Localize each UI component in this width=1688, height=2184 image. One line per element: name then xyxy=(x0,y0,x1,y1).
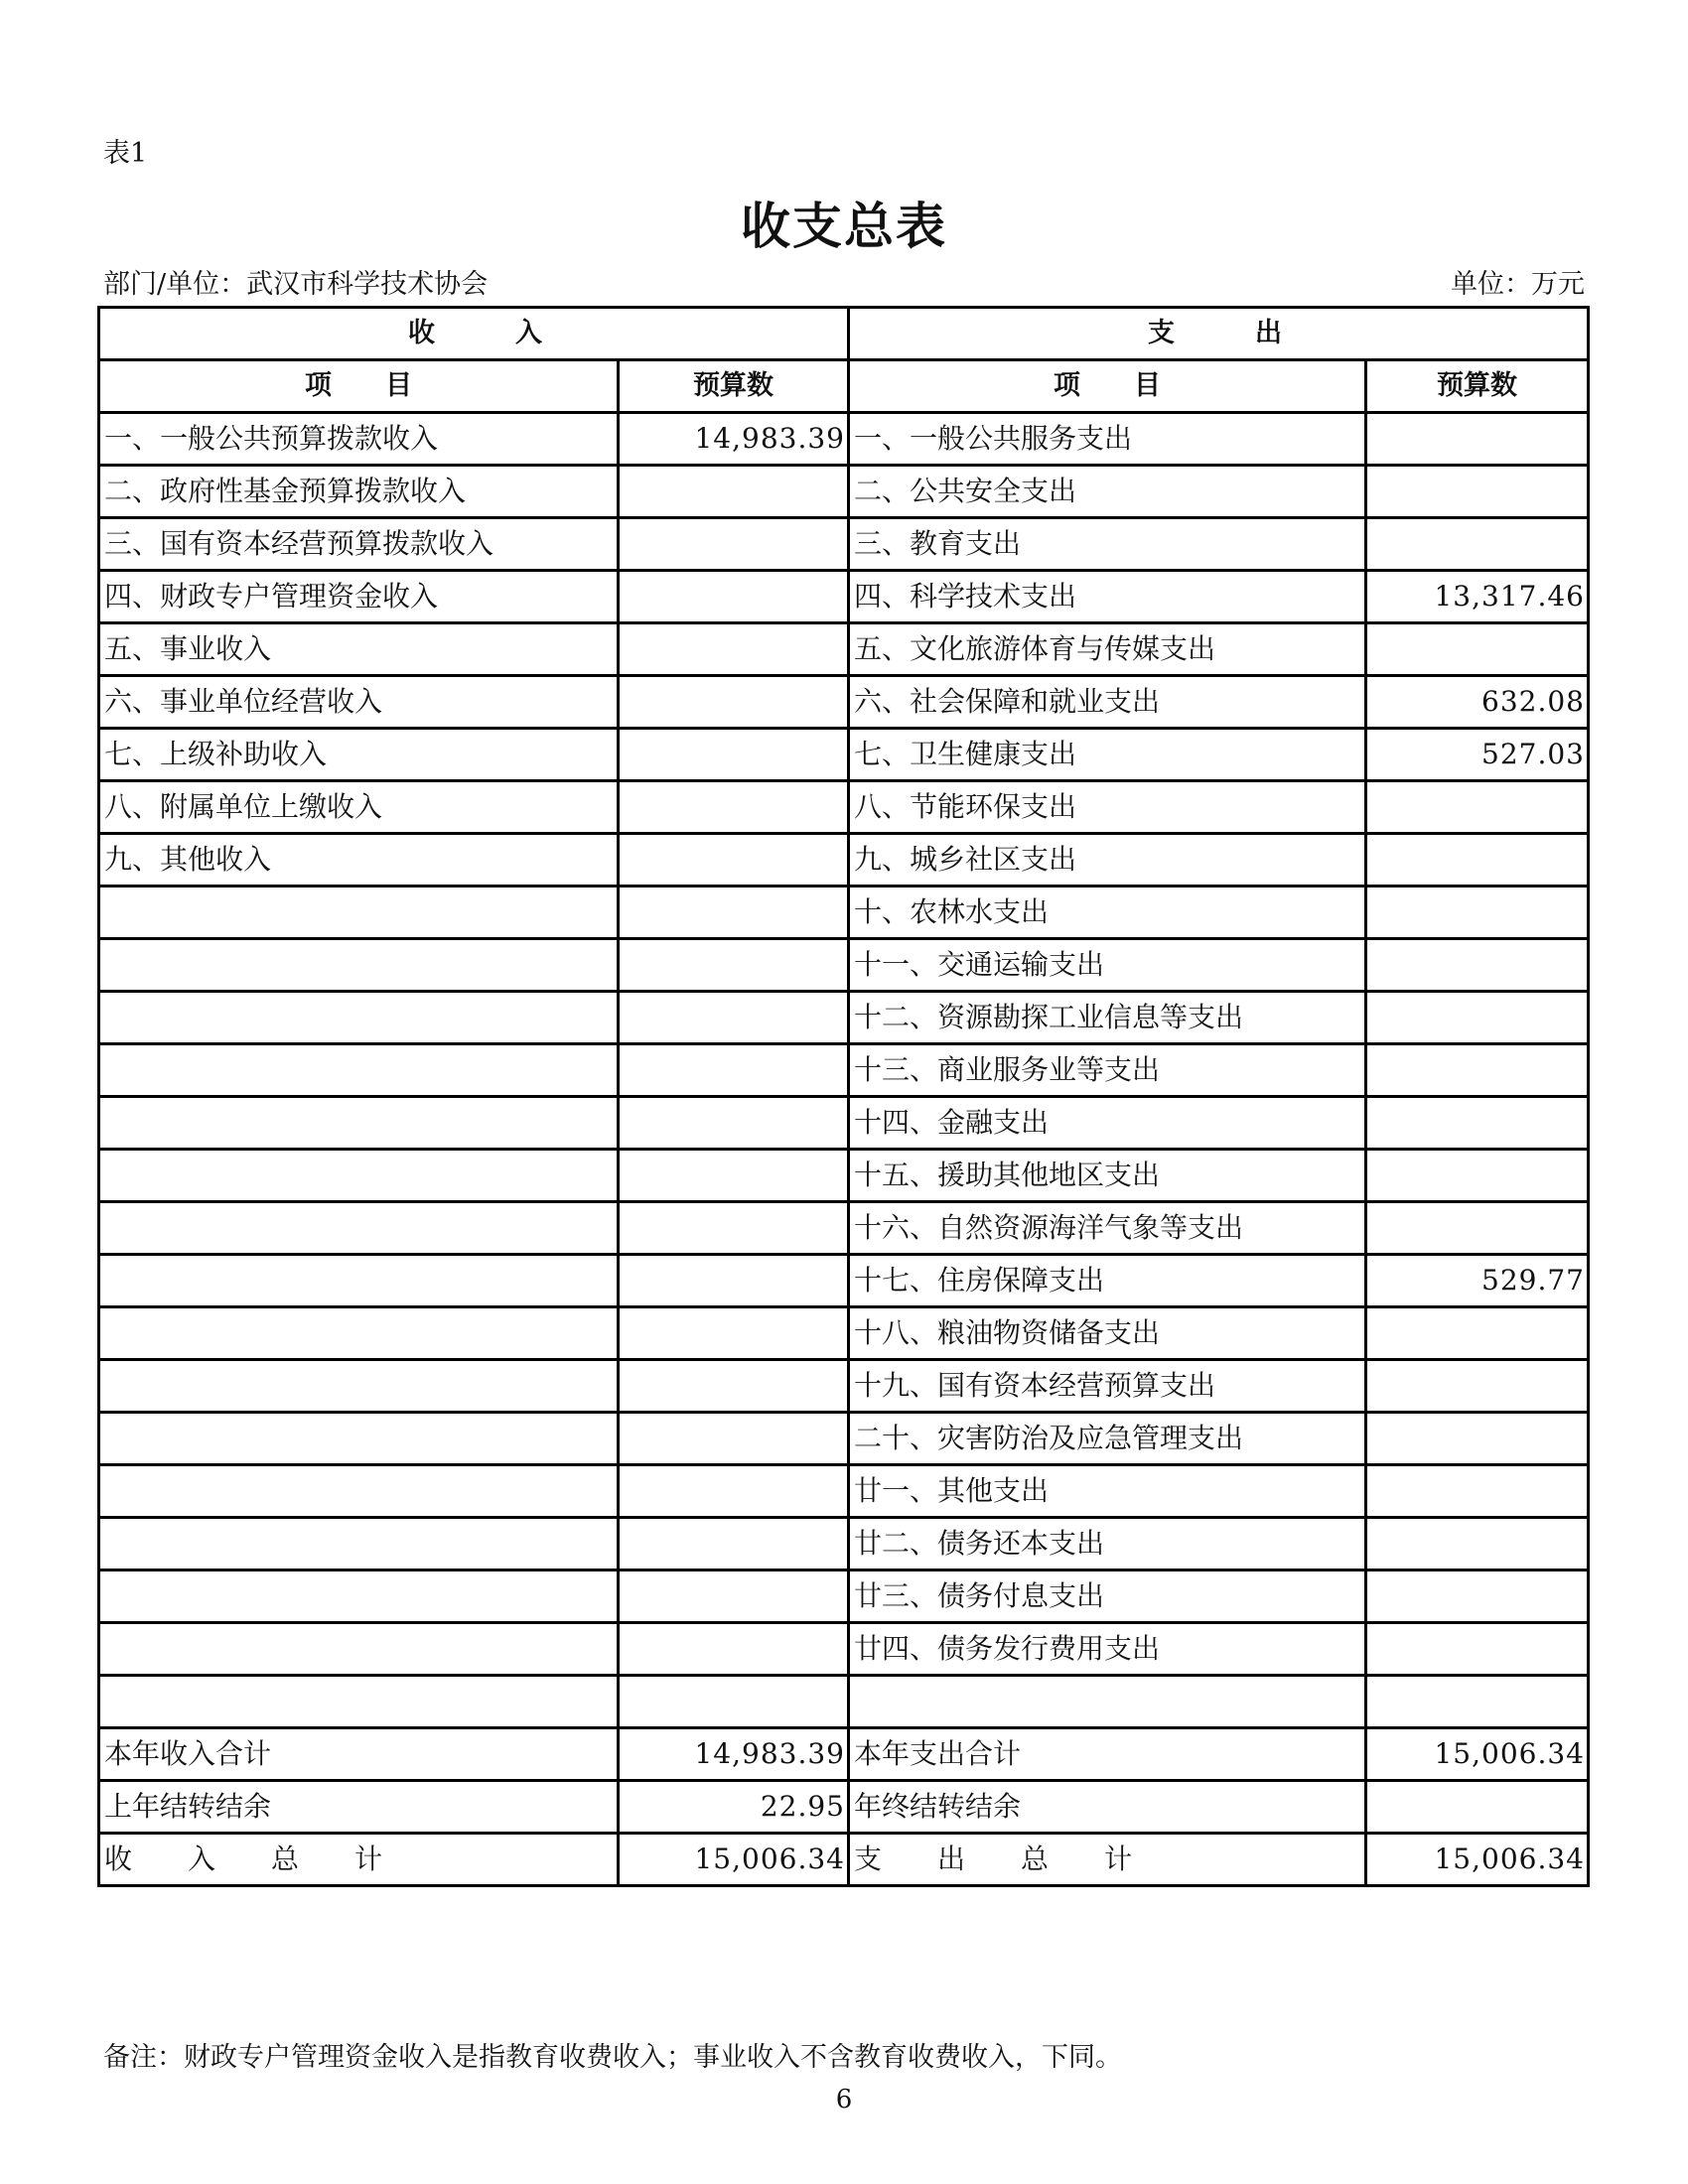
table-row: 二十、灾害防治及应急管理支出 xyxy=(99,1413,1589,1465)
expense-budget-cell xyxy=(1366,1150,1589,1202)
expense-item-cell: 十三、商业服务业等支出 xyxy=(849,1044,1366,1097)
income-item-cell: 七、上级补助收入 xyxy=(99,729,619,781)
income-budget-cell xyxy=(619,939,849,992)
income-item-cell xyxy=(99,1518,619,1570)
table-row: 十九、国有资本经营预算支出 xyxy=(99,1360,1589,1413)
expense-item-cell xyxy=(849,1676,1366,1728)
income-budget-cell xyxy=(619,1465,849,1518)
income-item-cell: 五、事业收入 xyxy=(99,623,619,676)
income-item-cell: 八、附属单位上缴收入 xyxy=(99,781,619,834)
expense-budget-cell xyxy=(1366,887,1589,939)
income-item-cell xyxy=(99,1150,619,1202)
income-item-cell: 收 入 总 计 xyxy=(99,1834,619,1886)
income-item-cell: 本年收入合计 xyxy=(99,1728,619,1781)
income-item-cell xyxy=(99,1202,619,1255)
expense-item-cell: 十五、援助其他地区支出 xyxy=(849,1150,1366,1202)
table-row: 廿一、其他支出 xyxy=(99,1465,1589,1518)
table-row: 一、一般公共预算拨款收入14,983.39一、一般公共服务支出 xyxy=(99,413,1589,466)
column-header-row: 项 目 预算数 项 目 预算数 xyxy=(99,360,1589,413)
table-row xyxy=(99,1676,1589,1728)
income-budget-cell: 14,983.39 xyxy=(619,1728,849,1781)
expense-budget-cell xyxy=(1366,623,1589,676)
expense-item-cell: 二十、灾害防治及应急管理支出 xyxy=(849,1413,1366,1465)
income-item-cell xyxy=(99,1255,619,1307)
income-budget-cell xyxy=(619,1150,849,1202)
income-item-cell xyxy=(99,1044,619,1097)
expense-budget-cell xyxy=(1366,518,1589,571)
expense-budget-cell: 527.03 xyxy=(1366,729,1589,781)
table-row: 十六、自然资源海洋气象等支出 xyxy=(99,1202,1589,1255)
income-budget-cell xyxy=(619,518,849,571)
income-budget-cell xyxy=(619,1202,849,1255)
expense-budget-cell: 632.08 xyxy=(1366,676,1589,729)
income-item-cell: 上年结转结余 xyxy=(99,1781,619,1834)
table-row: 本年收入合计14,983.39本年支出合计15,006.34 xyxy=(99,1728,1589,1781)
page-number: 6 xyxy=(0,2085,1688,2115)
table-row: 六、事业单位经营收入六、社会保障和就业支出632.08 xyxy=(99,676,1589,729)
income-budget-cell xyxy=(619,781,849,834)
table-row: 三、国有资本经营预算拨款收入三、教育支出 xyxy=(99,518,1589,571)
expense-budget-cell xyxy=(1366,413,1589,466)
expense-item-cell: 十七、住房保障支出 xyxy=(849,1255,1366,1307)
expense-item-cell: 五、文化旅游体育与传媒支出 xyxy=(849,623,1366,676)
footnote: 备注：财政专户管理资金收入是指教育收费收入；事业收入不含教育收费收入，下同。 xyxy=(103,2035,1122,2074)
income-budget-cell xyxy=(619,466,849,518)
table-row: 廿三、债务付息支出 xyxy=(99,1570,1589,1623)
budget-summary-table: 收 入 支 出 项 目 预算数 项 目 预算数 一、一般公共预算拨款收入14,9… xyxy=(97,306,1590,1887)
expense-item-cell: 十九、国有资本经营预算支出 xyxy=(849,1360,1366,1413)
income-item-header: 项 目 xyxy=(99,360,619,413)
income-budget-cell xyxy=(619,992,849,1044)
table-row: 五、事业收入五、文化旅游体育与传媒支出 xyxy=(99,623,1589,676)
page-title: 收支总表 xyxy=(0,187,1688,258)
income-group-header: 收 入 xyxy=(99,308,849,360)
income-budget-header: 预算数 xyxy=(619,360,849,413)
expense-item-cell: 八、节能环保支出 xyxy=(849,781,1366,834)
expense-item-cell: 九、城乡社区支出 xyxy=(849,834,1366,887)
income-budget-cell xyxy=(619,1676,849,1728)
expense-item-cell: 三、教育支出 xyxy=(849,518,1366,571)
expense-budget-cell xyxy=(1366,1676,1589,1728)
income-item-cell xyxy=(99,1097,619,1150)
expense-budget-cell: 15,006.34 xyxy=(1366,1728,1589,1781)
income-budget-cell: 15,006.34 xyxy=(619,1834,849,1886)
expense-budget-cell xyxy=(1366,1044,1589,1097)
income-budget-cell xyxy=(619,834,849,887)
expense-budget-cell xyxy=(1366,1623,1589,1676)
table-row: 四、财政专户管理资金收入四、科学技术支出13,317.46 xyxy=(99,571,1589,623)
table-row: 收 入 总 计15,006.34支 出 总 计15,006.34 xyxy=(99,1834,1589,1886)
table-row: 十四、金融支出 xyxy=(99,1097,1589,1150)
table-row: 十五、援助其他地区支出 xyxy=(99,1150,1589,1202)
income-item-cell: 一、一般公共预算拨款收入 xyxy=(99,413,619,466)
expense-budget-cell xyxy=(1366,1202,1589,1255)
expense-budget-cell xyxy=(1366,1518,1589,1570)
expense-item-cell: 一、一般公共服务支出 xyxy=(849,413,1366,466)
table-row: 上年结转结余22.95年终结转结余 xyxy=(99,1781,1589,1834)
expense-item-cell: 年终结转结余 xyxy=(849,1781,1366,1834)
income-item-cell xyxy=(99,1413,619,1465)
table-row: 十八、粮油物资储备支出 xyxy=(99,1307,1589,1360)
income-budget-cell xyxy=(619,1255,849,1307)
expense-budget-cell xyxy=(1366,834,1589,887)
expense-budget-cell: 529.77 xyxy=(1366,1255,1589,1307)
expense-item-cell: 支 出 总 计 xyxy=(849,1834,1366,1886)
expense-item-cell: 廿二、债务还本支出 xyxy=(849,1518,1366,1570)
income-item-cell xyxy=(99,1676,619,1728)
table-row: 二、政府性基金预算拨款收入二、公共安全支出 xyxy=(99,466,1589,518)
income-budget-cell xyxy=(619,887,849,939)
table-row: 八、附属单位上缴收入八、节能环保支出 xyxy=(99,781,1589,834)
expense-item-cell: 四、科学技术支出 xyxy=(849,571,1366,623)
table-row: 廿二、债务还本支出 xyxy=(99,1518,1589,1570)
expense-item-cell: 本年支出合计 xyxy=(849,1728,1366,1781)
expense-item-header: 项 目 xyxy=(849,360,1366,413)
income-budget-cell: 14,983.39 xyxy=(619,413,849,466)
table-row: 十、农林水支出 xyxy=(99,887,1589,939)
income-budget-cell xyxy=(619,1413,849,1465)
expense-item-cell: 六、社会保障和就业支出 xyxy=(849,676,1366,729)
income-budget-cell xyxy=(619,1623,849,1676)
expense-item-cell: 十二、资源勘探工业信息等支出 xyxy=(849,992,1366,1044)
income-item-cell xyxy=(99,1570,619,1623)
expense-item-cell: 十四、金融支出 xyxy=(849,1097,1366,1150)
table-row: 九、其他收入九、城乡社区支出 xyxy=(99,834,1589,887)
expense-group-header: 支 出 xyxy=(849,308,1589,360)
income-item-cell: 二、政府性基金预算拨款收入 xyxy=(99,466,619,518)
income-item-cell xyxy=(99,939,619,992)
income-budget-cell: 22.95 xyxy=(619,1781,849,1834)
table-row: 七、上级补助收入七、卫生健康支出527.03 xyxy=(99,729,1589,781)
income-item-cell xyxy=(99,1360,619,1413)
expense-item-cell: 廿三、债务付息支出 xyxy=(849,1570,1366,1623)
table-row: 廿四、债务发行费用支出 xyxy=(99,1623,1589,1676)
income-item-cell: 四、财政专户管理资金收入 xyxy=(99,571,619,623)
expense-budget-cell xyxy=(1366,781,1589,834)
unit-label: 单位：万元 xyxy=(1451,262,1585,301)
department-label: 部门/单位：武汉市科学技术协会 xyxy=(103,262,488,301)
table-row: 十七、住房保障支出529.77 xyxy=(99,1255,1589,1307)
income-item-cell xyxy=(99,1307,619,1360)
table-row: 十三、商业服务业等支出 xyxy=(99,1044,1589,1097)
expense-budget-cell xyxy=(1366,992,1589,1044)
expense-budget-cell xyxy=(1366,1360,1589,1413)
income-budget-cell xyxy=(619,1044,849,1097)
expense-budget-cell xyxy=(1366,1097,1589,1150)
income-item-cell: 九、其他收入 xyxy=(99,834,619,887)
expense-budget-cell: 15,006.34 xyxy=(1366,1834,1589,1886)
table-row: 十一、交通运输支出 xyxy=(99,939,1589,992)
income-budget-cell xyxy=(619,1097,849,1150)
income-budget-cell xyxy=(619,676,849,729)
group-header-row: 收 入 支 出 xyxy=(99,308,1589,360)
income-item-cell: 六、事业单位经营收入 xyxy=(99,676,619,729)
income-budget-cell xyxy=(619,571,849,623)
income-budget-cell xyxy=(619,1360,849,1413)
expense-item-cell: 十八、粮油物资储备支出 xyxy=(849,1307,1366,1360)
expense-budget-cell xyxy=(1366,1781,1589,1834)
expense-budget-cell: 13,317.46 xyxy=(1366,571,1589,623)
expense-item-cell: 十一、交通运输支出 xyxy=(849,939,1366,992)
income-item-cell xyxy=(99,887,619,939)
expense-item-cell: 十、农林水支出 xyxy=(849,887,1366,939)
income-item-cell xyxy=(99,992,619,1044)
expense-item-cell: 十六、自然资源海洋气象等支出 xyxy=(849,1202,1366,1255)
expense-budget-cell xyxy=(1366,1570,1589,1623)
expense-item-cell: 七、卫生健康支出 xyxy=(849,729,1366,781)
expense-item-cell: 廿四、债务发行费用支出 xyxy=(849,1623,1366,1676)
expense-budget-cell xyxy=(1366,1465,1589,1518)
income-budget-cell xyxy=(619,1570,849,1623)
income-budget-cell xyxy=(619,1307,849,1360)
expense-budget-cell xyxy=(1366,466,1589,518)
income-budget-cell xyxy=(619,729,849,781)
income-item-cell: 三、国有资本经营预算拨款收入 xyxy=(99,518,619,571)
expense-budget-cell xyxy=(1366,1413,1589,1465)
expense-item-cell: 二、公共安全支出 xyxy=(849,466,1366,518)
expense-budget-cell xyxy=(1366,1307,1589,1360)
income-budget-cell xyxy=(619,1518,849,1570)
expense-item-cell: 廿一、其他支出 xyxy=(849,1465,1366,1518)
expense-budget-header: 预算数 xyxy=(1366,360,1589,413)
income-item-cell xyxy=(99,1623,619,1676)
table-row: 十二、资源勘探工业信息等支出 xyxy=(99,992,1589,1044)
expense-budget-cell xyxy=(1366,939,1589,992)
income-budget-cell xyxy=(619,623,849,676)
table-label: 表1 xyxy=(103,131,147,170)
income-item-cell xyxy=(99,1465,619,1518)
